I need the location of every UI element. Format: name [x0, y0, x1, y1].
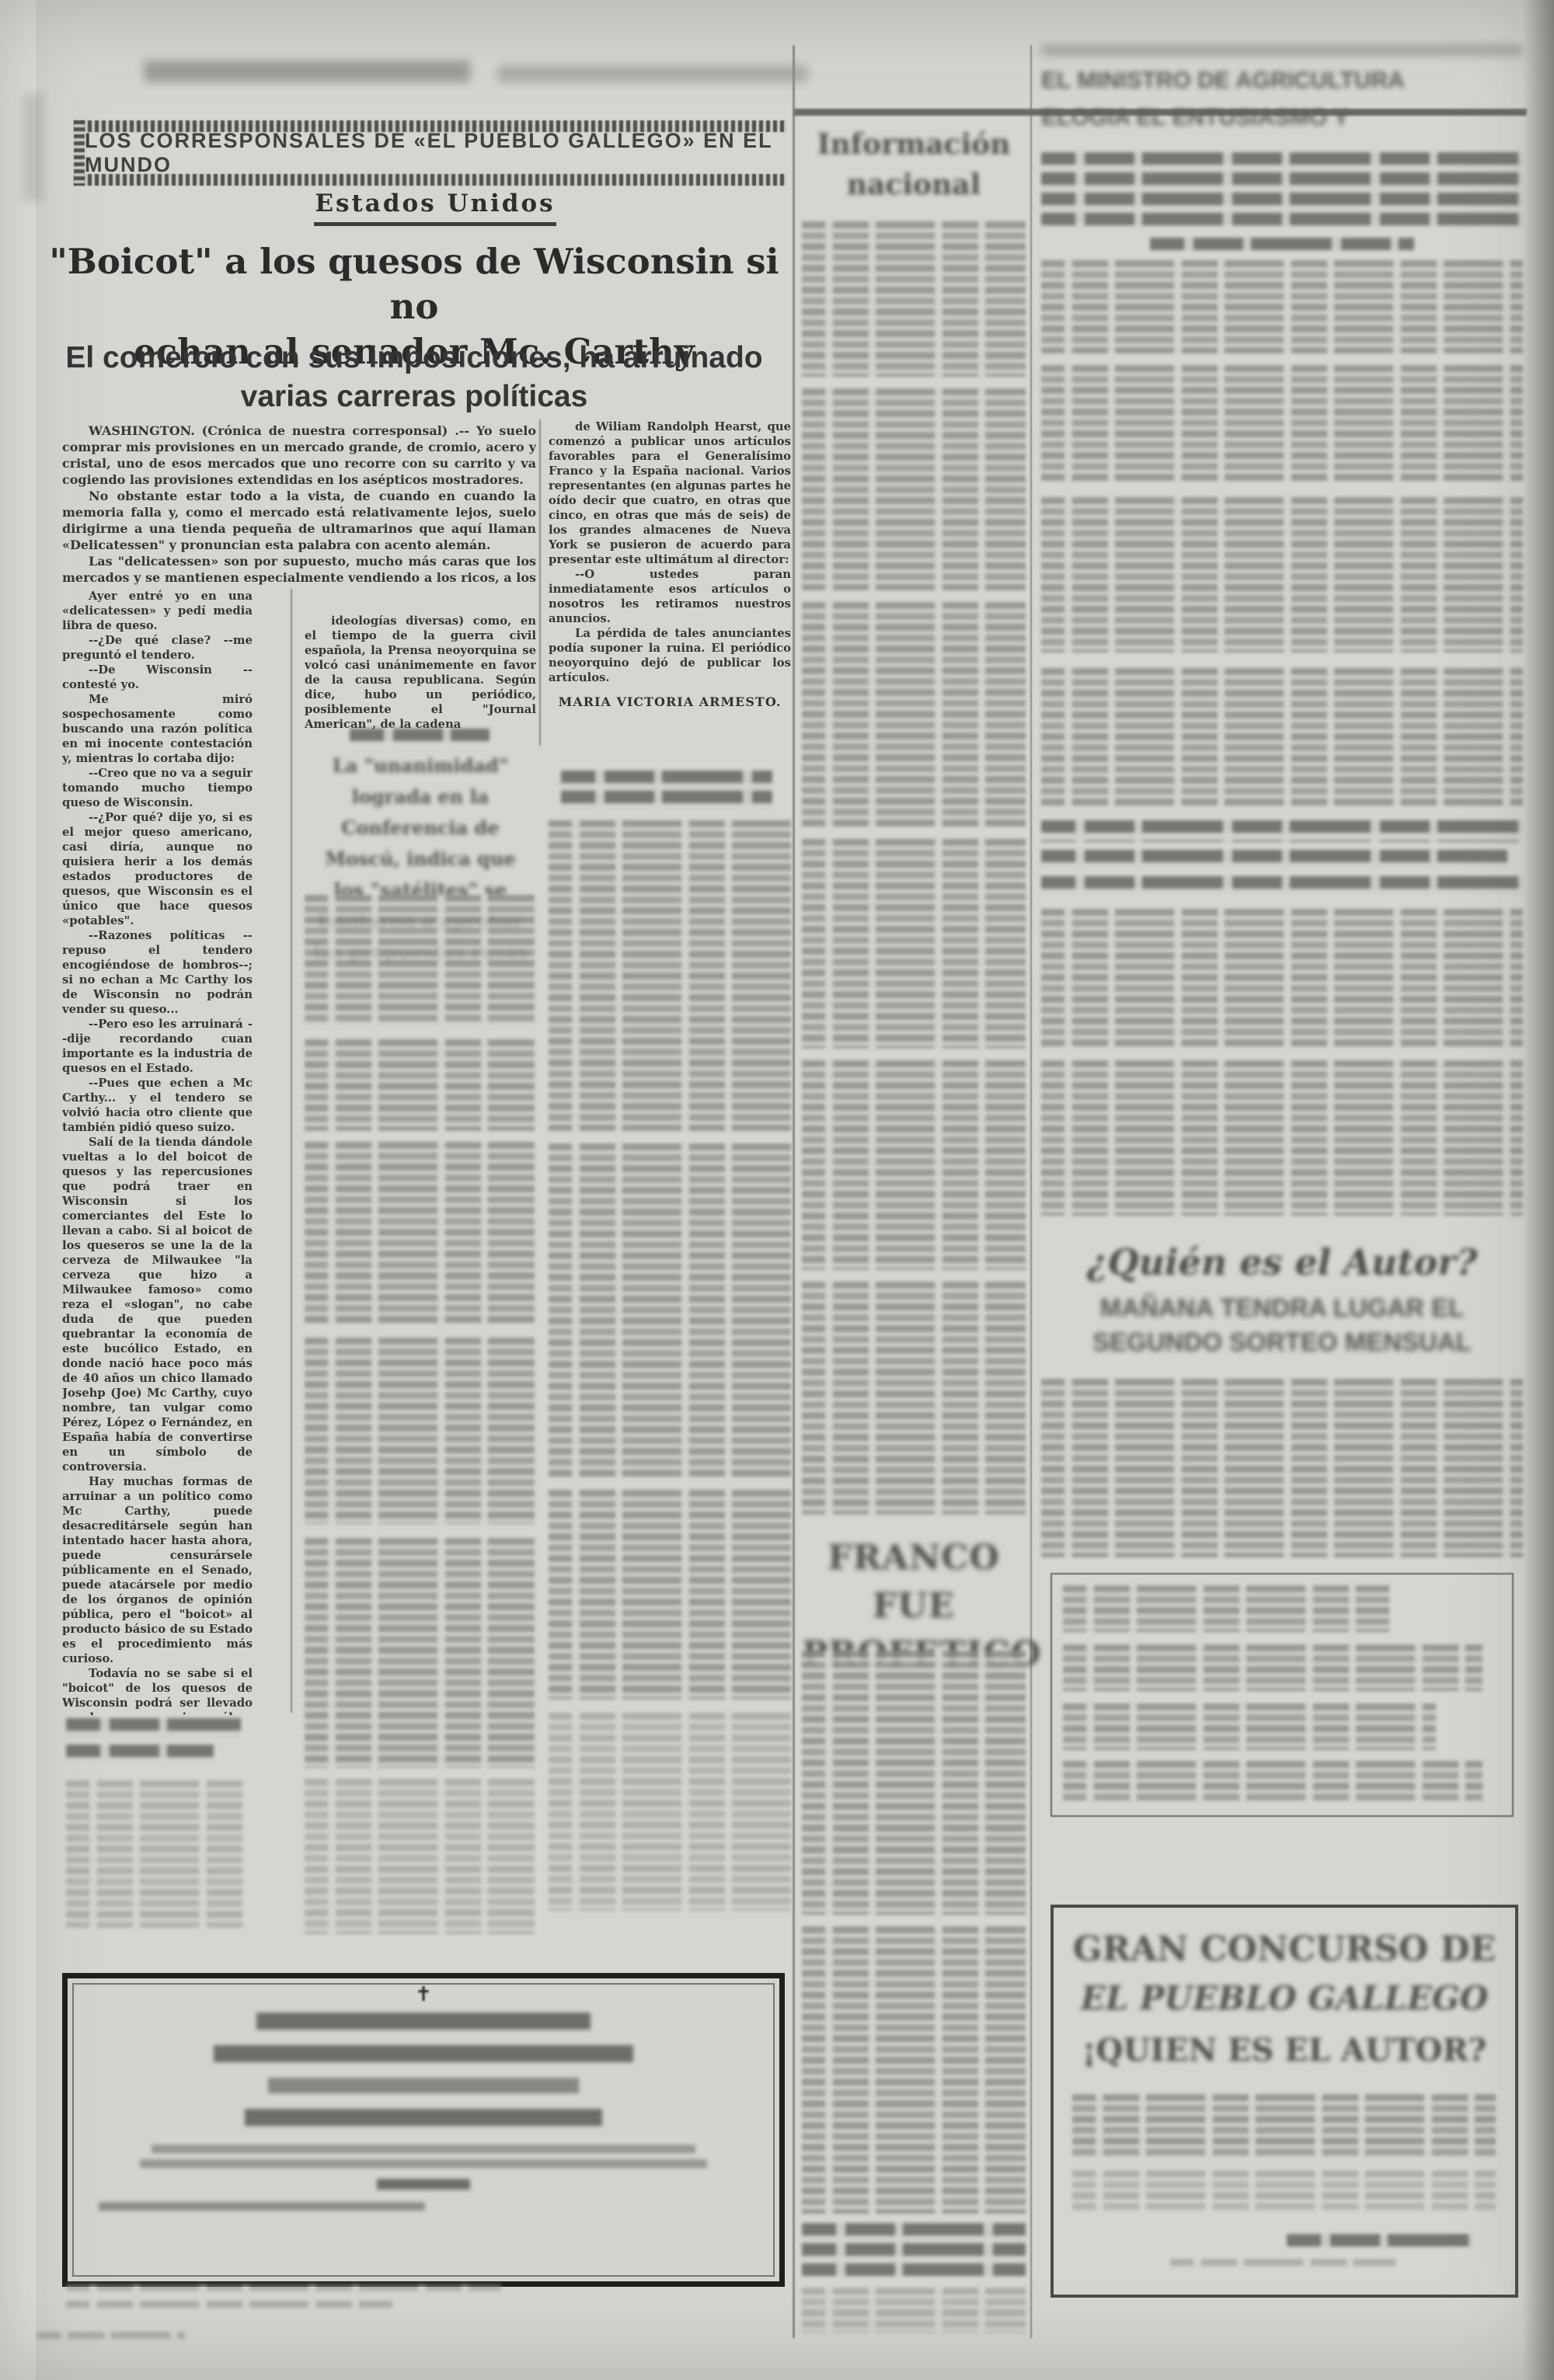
blurred-name-line	[256, 2013, 591, 2030]
headline-line-1: "Boicot" a los quesos de Wisconsin si no	[37, 239, 791, 329]
blurred-signature-line	[1287, 2234, 1473, 2248]
blurred-text-block	[1041, 1060, 1523, 1216]
national-column-header-blurred: Información nacional	[802, 124, 1026, 205]
blurred-name-line	[245, 2109, 602, 2126]
paragraph: Salí de la tienda dándole vueltas a lo d…	[62, 1135, 253, 1474]
blurred-text-block	[549, 1713, 791, 1911]
paragraph: --¿De qué clase? --me preguntó el tender…	[62, 633, 253, 663]
correspondents-banner: LOS CORRESPONSALES DE «EL PUEBLO GALLEGO…	[74, 120, 786, 186]
scan-smudge	[1041, 45, 1523, 55]
blurred-text-block	[305, 1039, 535, 1131]
subhead-line-2: varias carreras políticas	[37, 378, 791, 416]
moscow-headline-line: Conferencia de Moscú, indica que	[306, 812, 535, 875]
blurred-list-lines	[1063, 1703, 1436, 1750]
minister-headline-line: ELOGIA EL ENTUSIASMO Y	[1041, 99, 1523, 137]
contest-question-blurred: ¡QUIEN ES EL AUTOR?	[1054, 2032, 1515, 2069]
blurred-text-block	[802, 388, 1026, 590]
blurred-text-block	[305, 895, 535, 1025]
blurred-subheading	[561, 771, 772, 809]
section-underline	[314, 222, 556, 226]
article-column-1: Ayer entré yo en una «delicatessen» y pe…	[62, 589, 253, 1715]
blurred-text-block	[305, 1779, 535, 1934]
blurred-section-kicker	[350, 729, 490, 744]
blurred-text-block	[1041, 260, 1523, 353]
blurred-heading-lines	[1041, 152, 1523, 228]
column-3-paragraphs: de Wiliam Randolph Hearst, que comenzó a…	[549, 419, 791, 685]
blurred-detail-line	[140, 2159, 707, 2168]
blurred-text-block	[1041, 909, 1523, 1049]
blurred-detail-line	[99, 2202, 425, 2211]
author-heading-blurred: ¿Quién es el Autor?	[1041, 1241, 1523, 1283]
blurred-text-block	[549, 1143, 791, 1477]
blurred-text-block	[1041, 497, 1523, 652]
national-header-line: nacional	[802, 165, 1026, 205]
article-column-2: ideologías diversas) como, en el tiempo …	[305, 614, 536, 747]
column-rule	[291, 589, 292, 1713]
minister-headline-line: EL MINISTRO DE AGRICULTURA	[1041, 62, 1523, 99]
blurred-rip-line	[377, 2179, 470, 2190]
blurred-list-lines	[1063, 1585, 1389, 1632]
paragraph: --Razones políticas --repuso el tendero …	[62, 928, 253, 1017]
scan-smudge	[23, 93, 44, 202]
blurred-ad-line	[66, 1745, 214, 1762]
blurred-text-line	[1170, 2259, 1395, 2269]
obituary-box: ✝	[62, 1973, 785, 2287]
article-subhead: El comercio con sus imposiciones, ha arr…	[37, 339, 791, 416]
greek-key-border-left	[74, 120, 85, 186]
column-rule	[539, 419, 541, 746]
page-column-divider	[793, 45, 795, 2338]
banner-title: LOS CORRESPONSALES DE «EL PUEBLO GALLEGO…	[85, 133, 786, 173]
paragraph: --De Wisconsin --contesté yo.	[62, 663, 253, 692]
paragraph: La pérdida de tales anunciantes podía su…	[549, 626, 791, 685]
paragraph: --¿Por qué? dije yo, si es el mejor ques…	[62, 810, 253, 928]
blurred-text-block	[305, 1538, 535, 1768]
section-heading: Estados Unidos	[256, 190, 614, 226]
article-lead: WASHINGTON. (Crónica de nuestra correspo…	[62, 423, 536, 587]
paragraph: WASHINGTON. (Crónica de nuestra correspo…	[62, 423, 536, 488]
obituary-blurred-names	[68, 2013, 779, 2211]
blurred-list-lines	[1063, 1644, 1483, 1691]
paragraph: No obstante estar todo a la vista, de cu…	[62, 488, 536, 553]
blurred-subheading	[802, 2223, 1026, 2276]
author-subhead-blurred: MAÑANA TENDRA LUGAR EL SEGUNDO SORTEO ME…	[1041, 1291, 1523, 1359]
paragraph: Me miró sospechosamente como buscando un…	[62, 692, 253, 766]
blurred-text-block	[802, 2288, 1026, 2333]
blurred-list-box	[1051, 1573, 1514, 1817]
page-column-divider	[1030, 45, 1032, 2338]
blurred-text-block	[802, 602, 1026, 827]
paragraph: Ayer entré yo en una «delicatessen» y pe…	[62, 589, 253, 633]
blurred-text-block	[305, 1338, 535, 1524]
paragraph: Todavía no se sabe si el "boicot" de los…	[62, 1666, 253, 1715]
blurred-text-line	[37, 2332, 185, 2343]
paragraph: Las "delicatessen» son por supuesto, muc…	[62, 553, 536, 587]
blurred-name-line	[214, 2045, 633, 2062]
author-subhead-line: MAÑANA TENDRA LUGAR EL	[1041, 1291, 1523, 1325]
franco-headline-line: FRANCO FUE	[802, 1534, 1026, 1630]
contest-box: GRAN CONCURSO DE EL PUEBLO GALLEGO ¡QUIE…	[1051, 1905, 1518, 2298]
blurred-heading-line	[1150, 238, 1414, 250]
paragraph: --O ustedes paran inmediatamente esos ar…	[549, 567, 791, 626]
blurred-text-block	[1041, 365, 1523, 482]
paragraph: ideologías diversas) como, en el tiempo …	[305, 614, 536, 732]
blurred-list-lines	[1063, 1761, 1483, 1801]
blurred-text-block	[66, 1780, 245, 1928]
blurred-text-block	[802, 221, 1026, 377]
blurred-text-block	[549, 1490, 791, 1700]
blurred-text-block	[802, 1060, 1026, 1270]
blurred-text-block	[1041, 668, 1523, 808]
cross-icon: ✝	[68, 1983, 779, 2006]
contest-title-blurred: GRAN CONCURSO DE	[1054, 1929, 1515, 1969]
section-heading-text: Estados Unidos	[315, 190, 555, 217]
moscow-headline-line: La "unanimidad" lograda en la	[306, 750, 535, 812]
blurred-text-line	[66, 2301, 392, 2310]
blurred-text-block	[802, 839, 1026, 1049]
paragraph: Hay muchas formas de arruinar a un polít…	[62, 1474, 253, 1666]
subhead-line-1: El comercio con sus imposiciones, ha arr…	[37, 339, 791, 378]
paragraph: --Pues que echen a Mc Carthy... y el ten…	[62, 1076, 253, 1135]
blurred-text-block	[802, 1282, 1026, 1515]
blurred-subheading	[1041, 876, 1523, 895]
blurred-text-line	[66, 2284, 501, 2295]
scan-smudge	[144, 61, 470, 82]
paragraph: de Wiliam Randolph Hearst, que comenzó a…	[549, 419, 791, 567]
page-right-edge	[1523, 0, 1554, 2380]
contest-paper-name-blurred: EL PUEBLO GALLEGO	[1054, 1979, 1515, 2017]
blurred-text-block	[802, 1926, 1026, 2214]
national-header-line: Información	[802, 124, 1026, 165]
scan-smudge	[497, 65, 808, 82]
blurred-text-block	[802, 1651, 1026, 1915]
blurred-text-block	[1041, 1379, 1523, 1557]
page-left-edge	[0, 0, 36, 2380]
blurred-subheading	[1041, 820, 1523, 842]
blurred-text-block	[549, 820, 791, 1131]
minister-headline-blurred: EL MINISTRO DE AGRICULTURA ELOGIA EL ENT…	[1041, 62, 1523, 137]
blurred-detail-line	[152, 2145, 695, 2153]
blurred-text-block	[1072, 2170, 1496, 2214]
newspaper-page: LOS CORRESPONSALES DE «EL PUEBLO GALLEGO…	[0, 0, 1554, 2380]
paragraph: --Creo que no va a seguir tomando mucho …	[62, 766, 253, 810]
blurred-text-block	[1072, 2094, 1496, 2159]
paragraph: --Pero eso les arruinará --dije recordan…	[62, 1017, 253, 1076]
author-subhead-line: SEGUNDO SORTEO MENSUAL	[1041, 1325, 1523, 1359]
blurred-subheading	[1041, 850, 1507, 868]
blurred-ad-line	[66, 1718, 241, 1738]
article-byline: MARIA VICTORIA ARMESTO.	[549, 694, 791, 709]
article-column-3: de Wiliam Randolph Hearst, que comenzó a…	[549, 419, 791, 755]
blurred-text-block	[305, 1142, 535, 1325]
blurred-name-line	[268, 2078, 579, 2093]
